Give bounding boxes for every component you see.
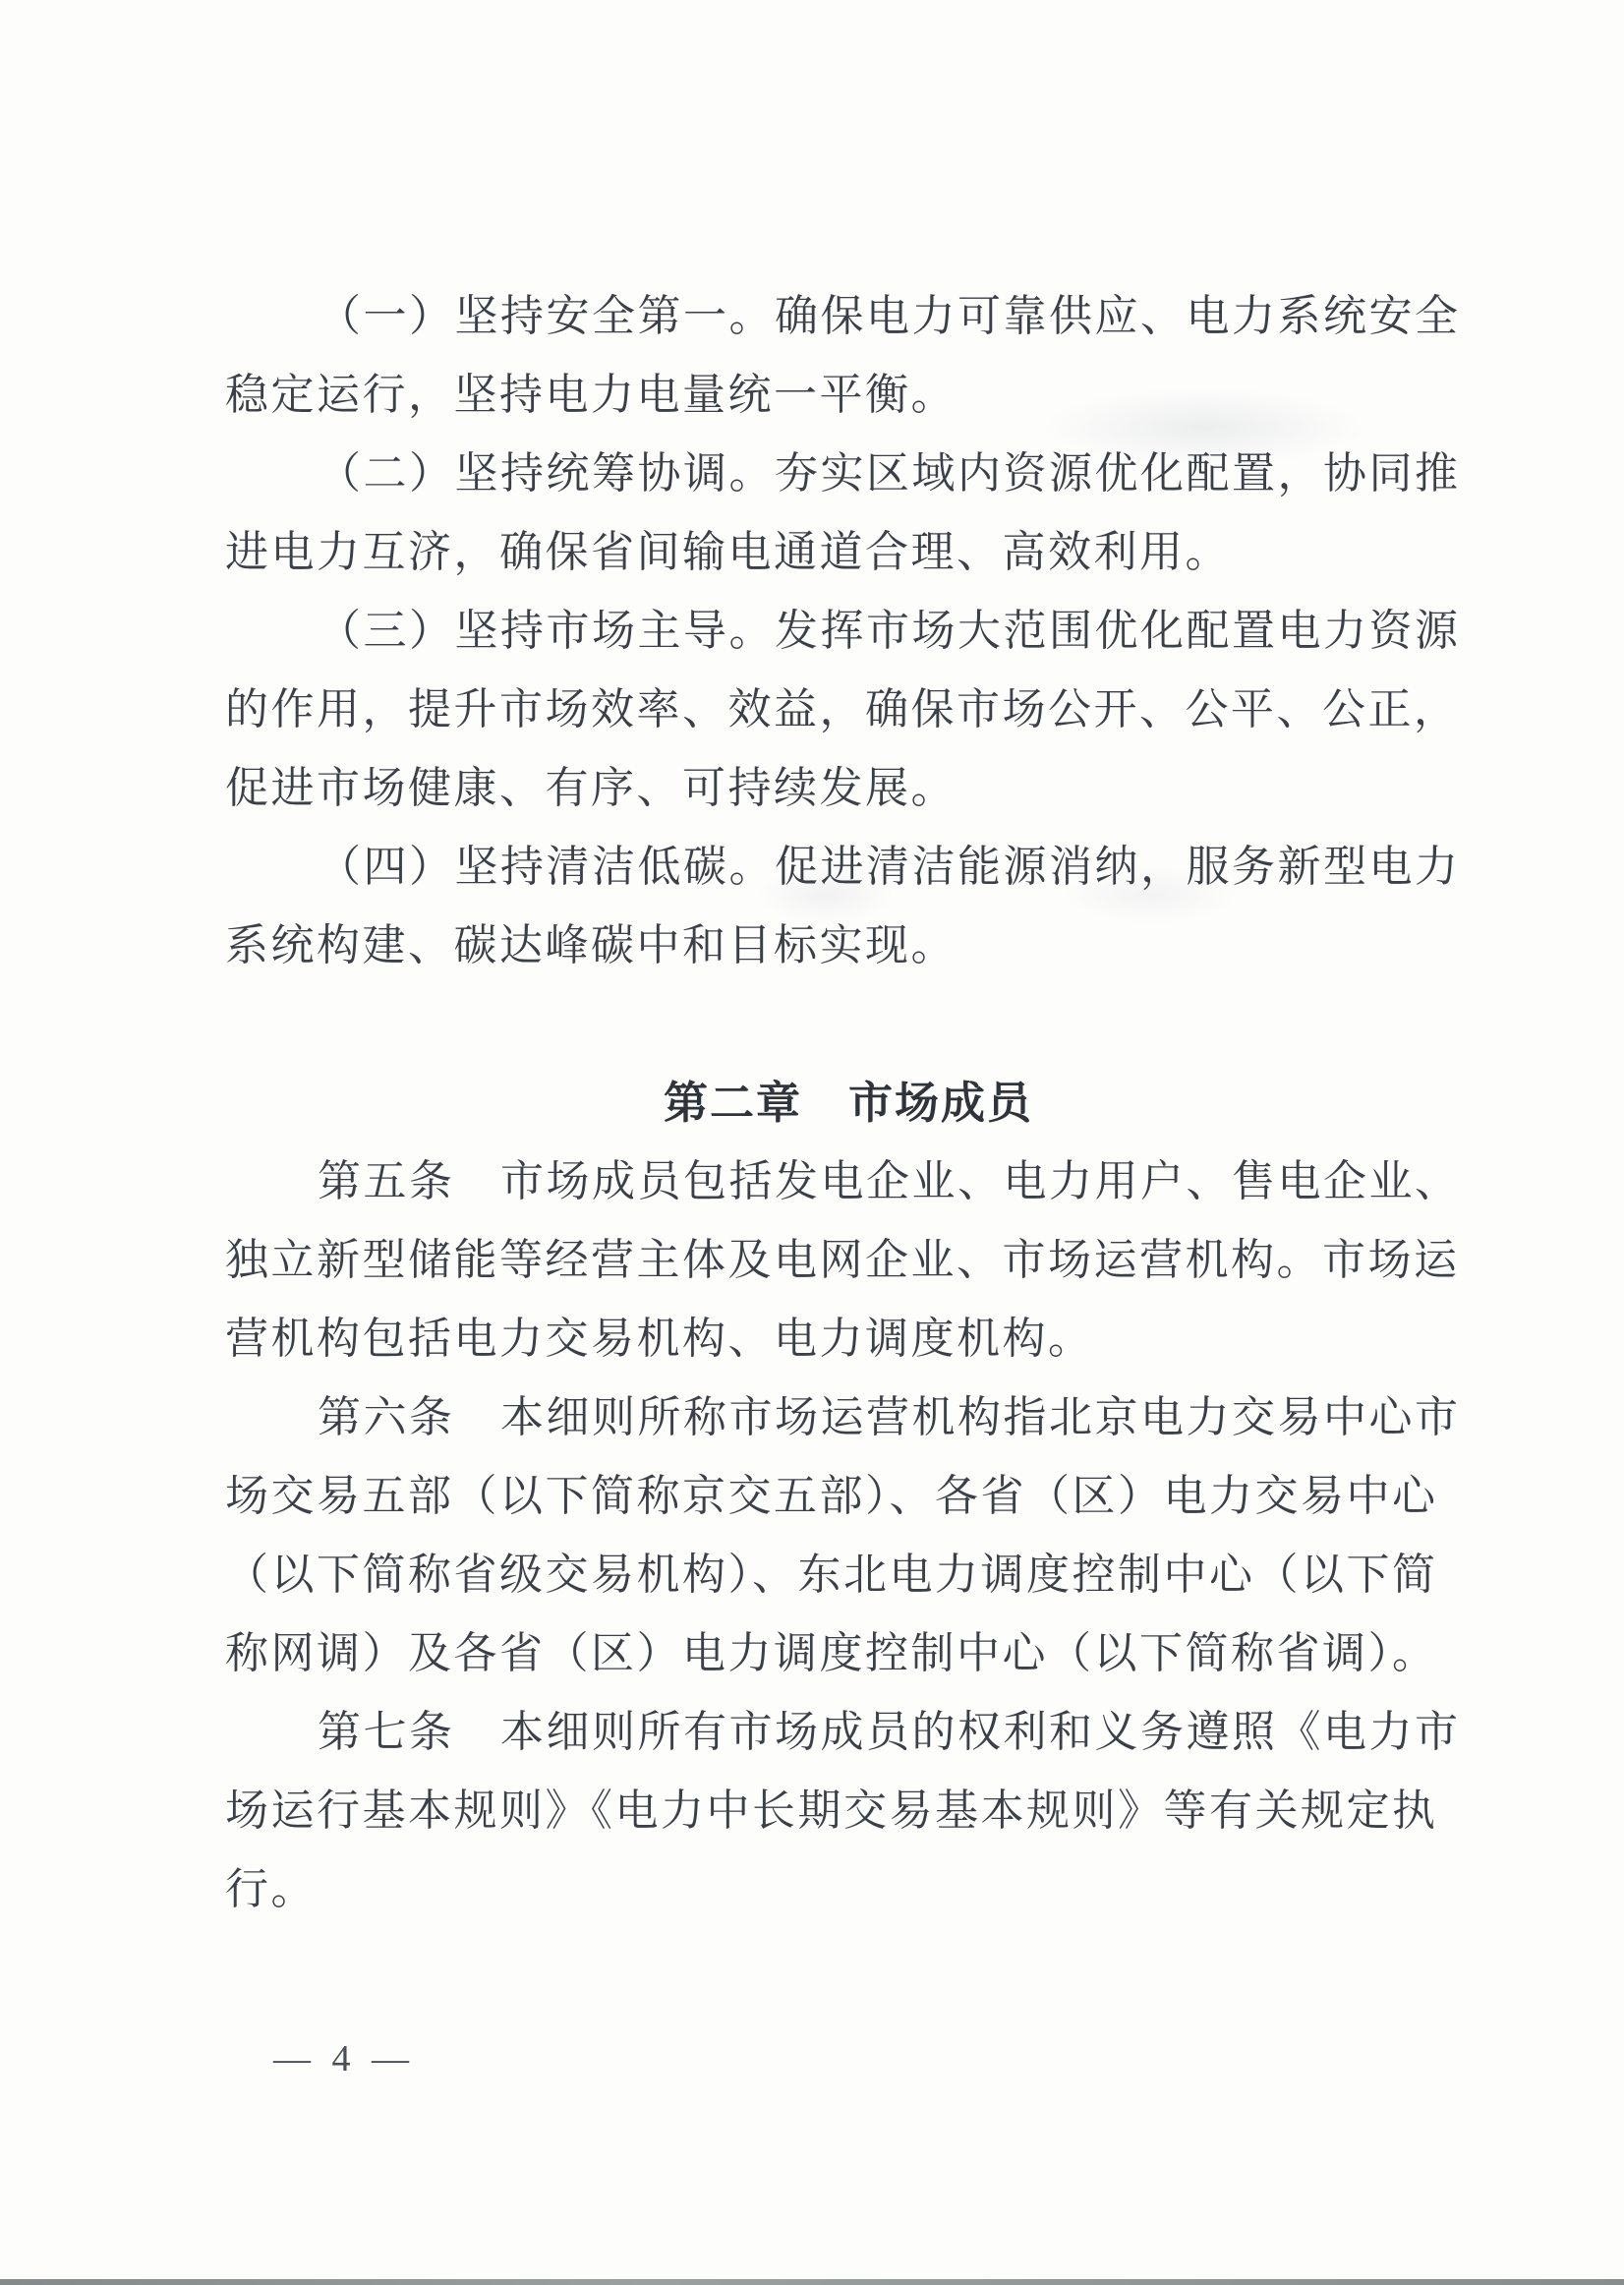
scanned-document-screenshot: { "document": { "body": [ { "type": "par… bbox=[0, 0, 1624, 2285]
text-line: 营机构包括电力交易机构、电力调度机构。 bbox=[225, 1300, 1472, 1378]
text-line: （一）坚持安全第一。确保电力可靠供应、电力系统安全 bbox=[225, 277, 1472, 356]
paragraph: （四）坚持清洁低碳。促进清洁能源消纳，服务新型电力系统构建、碳达峰碳中和目标实现… bbox=[225, 828, 1472, 985]
text-line: 促进市场健康、有序、可持续发展。 bbox=[225, 749, 1472, 828]
text-line: （以下简称省级交易机构）、东北电力调度控制中心（以下简 bbox=[225, 1536, 1472, 1614]
text-line: 稳定运行，坚持电力电量统一平衡。 bbox=[225, 356, 1472, 435]
text-line: 第五条 市场成员包括发电企业、电力用户、售电企业、 bbox=[225, 1142, 1472, 1221]
text-line: （二）坚持统筹协调。夯实区域内资源优化配置，协同推 bbox=[225, 435, 1472, 513]
paragraph: 第五条 市场成员包括发电企业、电力用户、售电企业、独立新型储能等经营主体及电网企… bbox=[225, 1142, 1472, 1378]
text-line: 行。 bbox=[225, 1850, 1472, 1929]
paragraph: 第七条 本细则所有市场成员的权利和义务遵照《电力市场运行基本规则》《电力中长期交… bbox=[225, 1693, 1472, 1929]
text-line: 场交易五部（以下简称京交五部）、各省（区）电力交易中心 bbox=[225, 1457, 1472, 1536]
chapter-heading: 第二章 市场成员 bbox=[225, 1064, 1472, 1142]
text-line: 的作用，提升市场效率、效益，确保市场公开、公平、公正， bbox=[225, 671, 1472, 749]
text-line: 场运行基本规则》《电力中长期交易基本规则》等有关规定执 bbox=[225, 1772, 1472, 1850]
paragraph: 第六条 本细则所称市场运营机构指北京电力交易中心市场交易五部（以下简称京交五部）… bbox=[225, 1378, 1472, 1693]
paragraph: （二）坚持统筹协调。夯实区域内资源优化配置，协同推进电力互济，确保省间输电通道合… bbox=[225, 435, 1472, 592]
text-line: 独立新型储能等经营主体及电网企业、市场运营机构。市场运 bbox=[225, 1221, 1472, 1300]
document-page: （一）坚持安全第一。确保电力可靠供应、电力系统安全稳定运行，坚持电力电量统一平衡… bbox=[0, 0, 1624, 2285]
scan-bottom-edge bbox=[0, 2279, 1624, 2285]
text-line: 第六条 本细则所称市场运营机构指北京电力交易中心市 bbox=[225, 1378, 1472, 1457]
paragraph: （三）坚持市场主导。发挥市场大范围优化配置电力资源的作用，提升市场效率、效益，确… bbox=[225, 592, 1472, 828]
text-line: （三）坚持市场主导。发挥市场大范围优化配置电力资源 bbox=[225, 592, 1472, 671]
text-line: 称网调）及各省（区）电力调度控制中心（以下简称省调）。 bbox=[225, 1614, 1472, 1693]
text-line: 进电力互济，确保省间输电通道合理、高效利用。 bbox=[225, 513, 1472, 592]
paragraph: （一）坚持安全第一。确保电力可靠供应、电力系统安全稳定运行，坚持电力电量统一平衡… bbox=[225, 277, 1472, 435]
text-line: （四）坚持清洁低碳。促进清洁能源消纳，服务新型电力 bbox=[225, 828, 1472, 907]
document-body: （一）坚持安全第一。确保电力可靠供应、电力系统安全稳定运行，坚持电力电量统一平衡… bbox=[225, 277, 1472, 1929]
text-line: 系统构建、碳达峰碳中和目标实现。 bbox=[225, 907, 1472, 985]
text-line: 第七条 本细则所有市场成员的权利和义务遵照《电力市 bbox=[225, 1693, 1472, 1772]
page-number: — 4 — bbox=[273, 2037, 415, 2080]
